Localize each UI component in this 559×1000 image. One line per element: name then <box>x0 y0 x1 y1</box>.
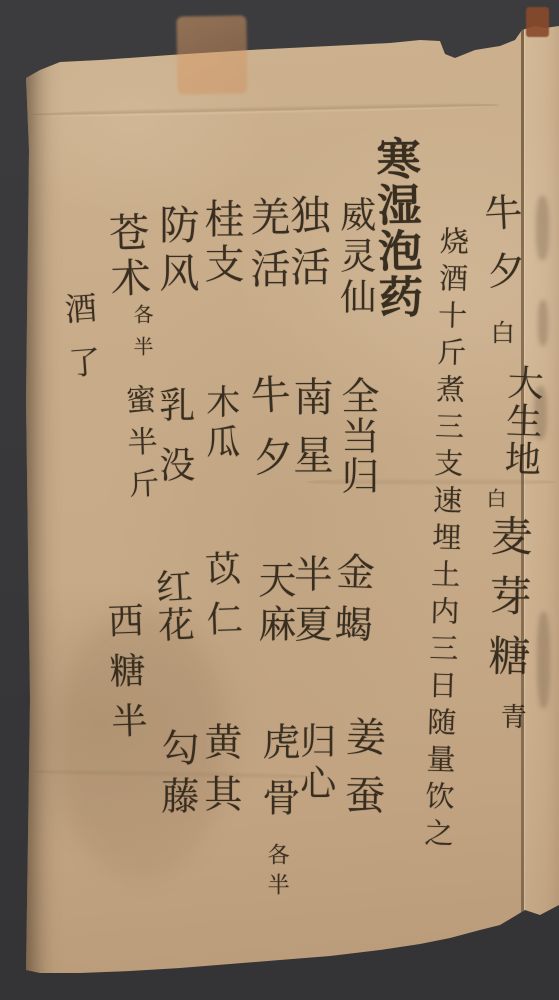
ingredient-honghua: 红花 <box>151 567 193 645</box>
title-column: 寒湿泡药 <box>370 136 419 321</box>
ingredient-jiangcan: 姜蚕 <box>340 716 384 833</box>
note-jiule: 酒了 <box>60 291 101 401</box>
ingredient-rumo: 乳没 <box>155 386 193 506</box>
ingredient-niuxi-right: 牛夕 <box>478 192 524 310</box>
ingredient-duhuo: 独活 <box>286 194 328 298</box>
ingredient-cangzhu: 苍术 <box>104 211 149 302</box>
ingredient-guizhi: 桂支 <box>200 198 242 288</box>
ingredient-yiren: 苡仁 <box>200 549 241 650</box>
ingredient-weilingxian: 威灵仙 <box>336 196 374 319</box>
ingredient-mugua: 木瓜 <box>201 384 237 464</box>
qty-note-qing: 青 <box>497 703 524 729</box>
ingredient-guixin: 归心 <box>296 722 334 806</box>
qty-note-mibanjin: 蜜半斤 <box>121 383 157 510</box>
ingredient-maiyatang: 麦芽糖 <box>484 514 531 695</box>
ingredient-nanxing: 南星 <box>289 376 331 492</box>
scan-background: 牛夕白大生地白麦芽糖青烧酒十斤煮三支速埋土内三日随量饮之寒湿泡药威灵仙独活羌活桂… <box>0 0 559 1000</box>
ingredient-fangfeng: 防风 <box>155 204 197 300</box>
ingredient-niuxi-mid: 牛夕 <box>245 373 293 499</box>
handwritten-text-layer: 牛夕白大生地白麦芽糖青烧酒十斤煮三支速埋土内三日随量饮之寒湿泡药威灵仙独活羌活桂… <box>0 0 559 1000</box>
ingredient-quandanggui: 全当归 <box>336 376 376 496</box>
ingredient-qianghuo: 羌活 <box>246 196 288 300</box>
qty-note-bai-2: 白 <box>484 488 505 508</box>
instruction-column: 烧酒十斤煮三支速埋土内三日随量饮之 <box>422 226 469 856</box>
qty-note-geban-2: 各半 <box>265 843 288 903</box>
qty-note-geban-1: 各半 <box>131 304 152 368</box>
ingredient-dashengdi: 大生地 <box>500 363 542 478</box>
qty-note-xitangban: 西糖半 <box>103 601 146 752</box>
ingredient-hugu: 虎骨 <box>257 722 297 834</box>
ingredient-gouteng: 勾藤 <box>156 728 196 824</box>
qty-note-bai-1: 白 <box>487 320 512 344</box>
ingredient-jinxie: 金蝎 <box>328 551 371 656</box>
ingredient-tianma: 天麻 <box>253 560 293 648</box>
ingredient-huangqi: 黄其 <box>199 722 239 826</box>
